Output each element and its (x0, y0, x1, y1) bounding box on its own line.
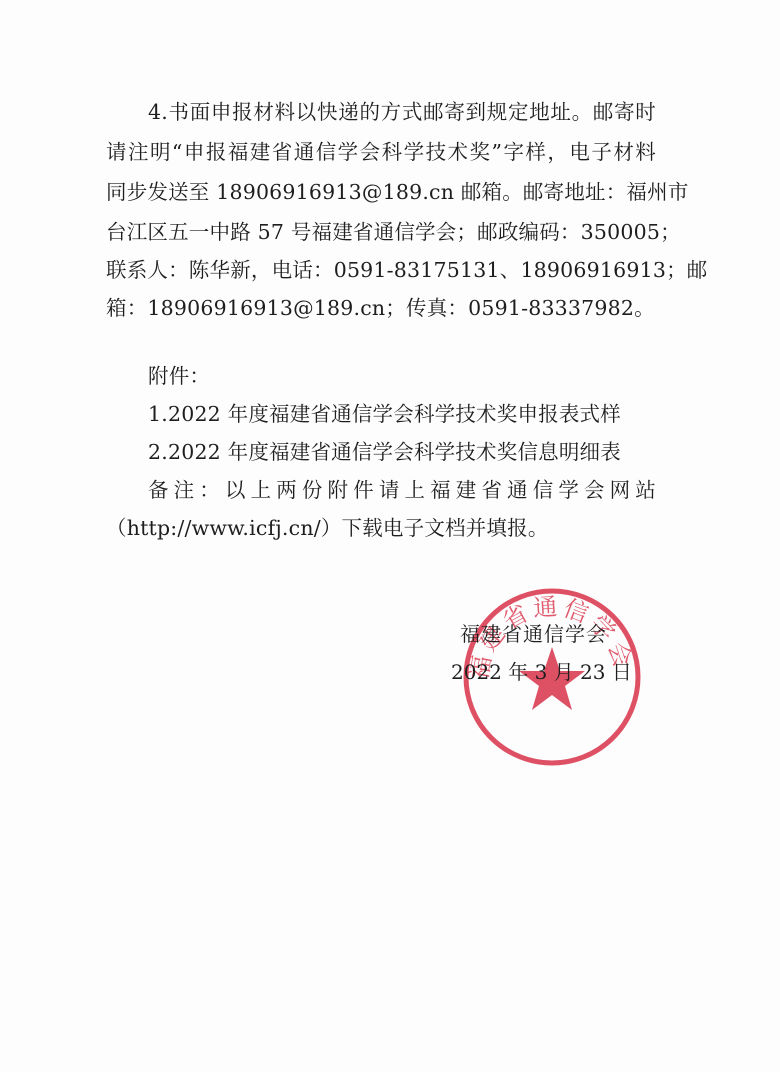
attachment-item-1: 1.2022 年度福建省通信学会科学技术奖申报表式样 (148, 400, 621, 428)
paragraph-4-line-6: 箱：18906916913@189.cn；传真：0591-83337982。 (106, 294, 655, 322)
attachments-heading: 附件： (148, 362, 210, 390)
paragraph-4-line-5: 联系人：陈华新，电话：0591-83175131、18906916913；邮 (106, 256, 656, 284)
signature-date: 2022 年 3 月 23 日 (451, 658, 632, 686)
paragraph-4-line-2: 请注明“申报福建省通信学会科学技术奖”字样，电子材料 (106, 138, 656, 166)
paragraph-4-line-3: 同步发送至 18906916913@189.cn 邮箱。邮寄地址：福州市 (106, 178, 656, 206)
attachment-note-line-2: （http://www.icfj.cn/）下载电子文档并填报。 (106, 514, 549, 542)
signature-organization: 福建省通信学会 (460, 620, 607, 648)
paragraph-4-line-4: 台江区五一中路 57 号福建省通信学会；邮政编码：350005； (106, 218, 656, 246)
document-page: 4.书面申报材料以快递的方式邮寄到规定地址。邮寄时 请注明“申报福建省通信学会科… (0, 0, 780, 1072)
paragraph-4-line-1: 4.书面申报材料以快递的方式邮寄到规定地址。邮寄时 (148, 98, 656, 126)
attachment-item-2: 2.2022 年度福建省通信学会科学技术奖信息明细表 (148, 438, 621, 466)
attachment-note-line-1: 备注：以上两份附件请上福建省通信学会网站 (148, 476, 656, 504)
